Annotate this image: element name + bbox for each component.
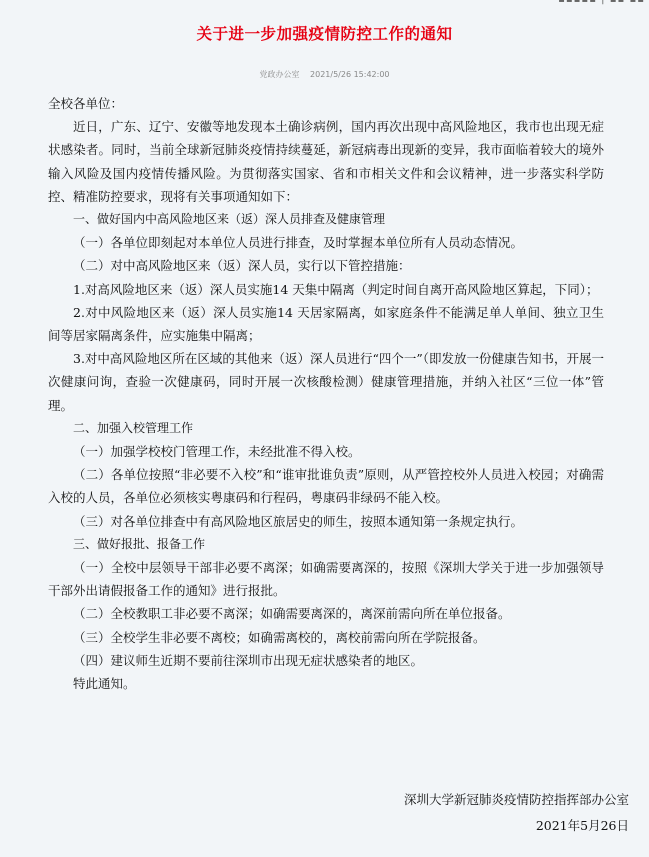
- notice-title: 关于进一步加强疫情防控工作的通知: [0, 22, 649, 44]
- notice-datetime: 2021/5/26 15:42:00: [310, 70, 390, 79]
- section-item: （二）对中高风险地区来（返）深人员，实行以下管控措施：: [48, 254, 604, 277]
- closing-text: 特此通知。: [48, 672, 604, 695]
- signature-block: 深圳大学新冠肺炎疫情防控指挥部办公室 2021年5月26日: [404, 787, 629, 839]
- section-item: （三）对各单位排查中有高风险地区旅居史的师生，按照本通知第一条规定执行。: [48, 510, 604, 533]
- salutation: 全校各单位：: [48, 92, 604, 115]
- section-item: （一）加强学校校门管理工作，未经批准不得入校。: [48, 440, 604, 463]
- section-item: 1.对高风险地区来（返）深人员实施14 天集中隔离（判定时间自离开高风险地区算起…: [48, 278, 604, 301]
- section-item: 2.对中风险地区来（返）深人员实施14 天居家隔离，如家庭条件不能满足单人单间、…: [48, 301, 604, 347]
- intro-paragraph: 近日，广东、辽宁、安徽等地发现本土确诊病例，国内再次出现中高风险地区，我市也出现…: [48, 115, 604, 208]
- section-item: （四）建议师生近期不要前往深圳市出现无症状感染者的地区。: [48, 649, 604, 672]
- section-heading: 一、做好国内中高风险地区来（返）深人员排查及健康管理: [48, 208, 604, 231]
- signature-org: 深圳大学新冠肺炎疫情防控指挥部办公室: [404, 787, 629, 813]
- notice-meta: 党政办公室 2021/5/26 15:42:00: [0, 69, 649, 80]
- section-heading: 三、做好报批、报备工作: [48, 533, 604, 556]
- section-item: （一）全校中层领导干部非必要不离深；如确需要离深的，按照《深圳大学关于进一步加强…: [48, 556, 604, 602]
- signature-date: 2021年5月26日: [404, 813, 629, 839]
- section-item: （二）各单位按照“非必要不入校”和“谁审批谁负责”原则，从严管控校外人员进入校园…: [48, 463, 604, 509]
- section-item: 3.对中高风险地区所在区域的其他来（返）深人员进行“四个一”（即发放一份健康告知…: [48, 347, 604, 417]
- section-item: （一）各单位即刻起对本单位人员进行排查，及时掌握本单位所有人员动态情况。: [48, 231, 604, 254]
- notice-source: 党政办公室: [259, 70, 299, 79]
- top-cutoff-toolbar: ▪▪▪▪▪ | ▪▪ ▪▪: [558, 0, 645, 5]
- notice-body: 全校各单位： 近日，广东、辽宁、安徽等地发现本土确诊病例，国内再次出现中高风险地…: [48, 92, 604, 695]
- section-item: （二）全校教职工非必要不离深；如确需要离深的，离深前需向所在单位报备。: [48, 602, 604, 625]
- section-item: （三）全校学生非必要不离校；如确需离校的，离校前需向所在学院报备。: [48, 626, 604, 649]
- section-heading: 二、加强入校管理工作: [48, 417, 604, 440]
